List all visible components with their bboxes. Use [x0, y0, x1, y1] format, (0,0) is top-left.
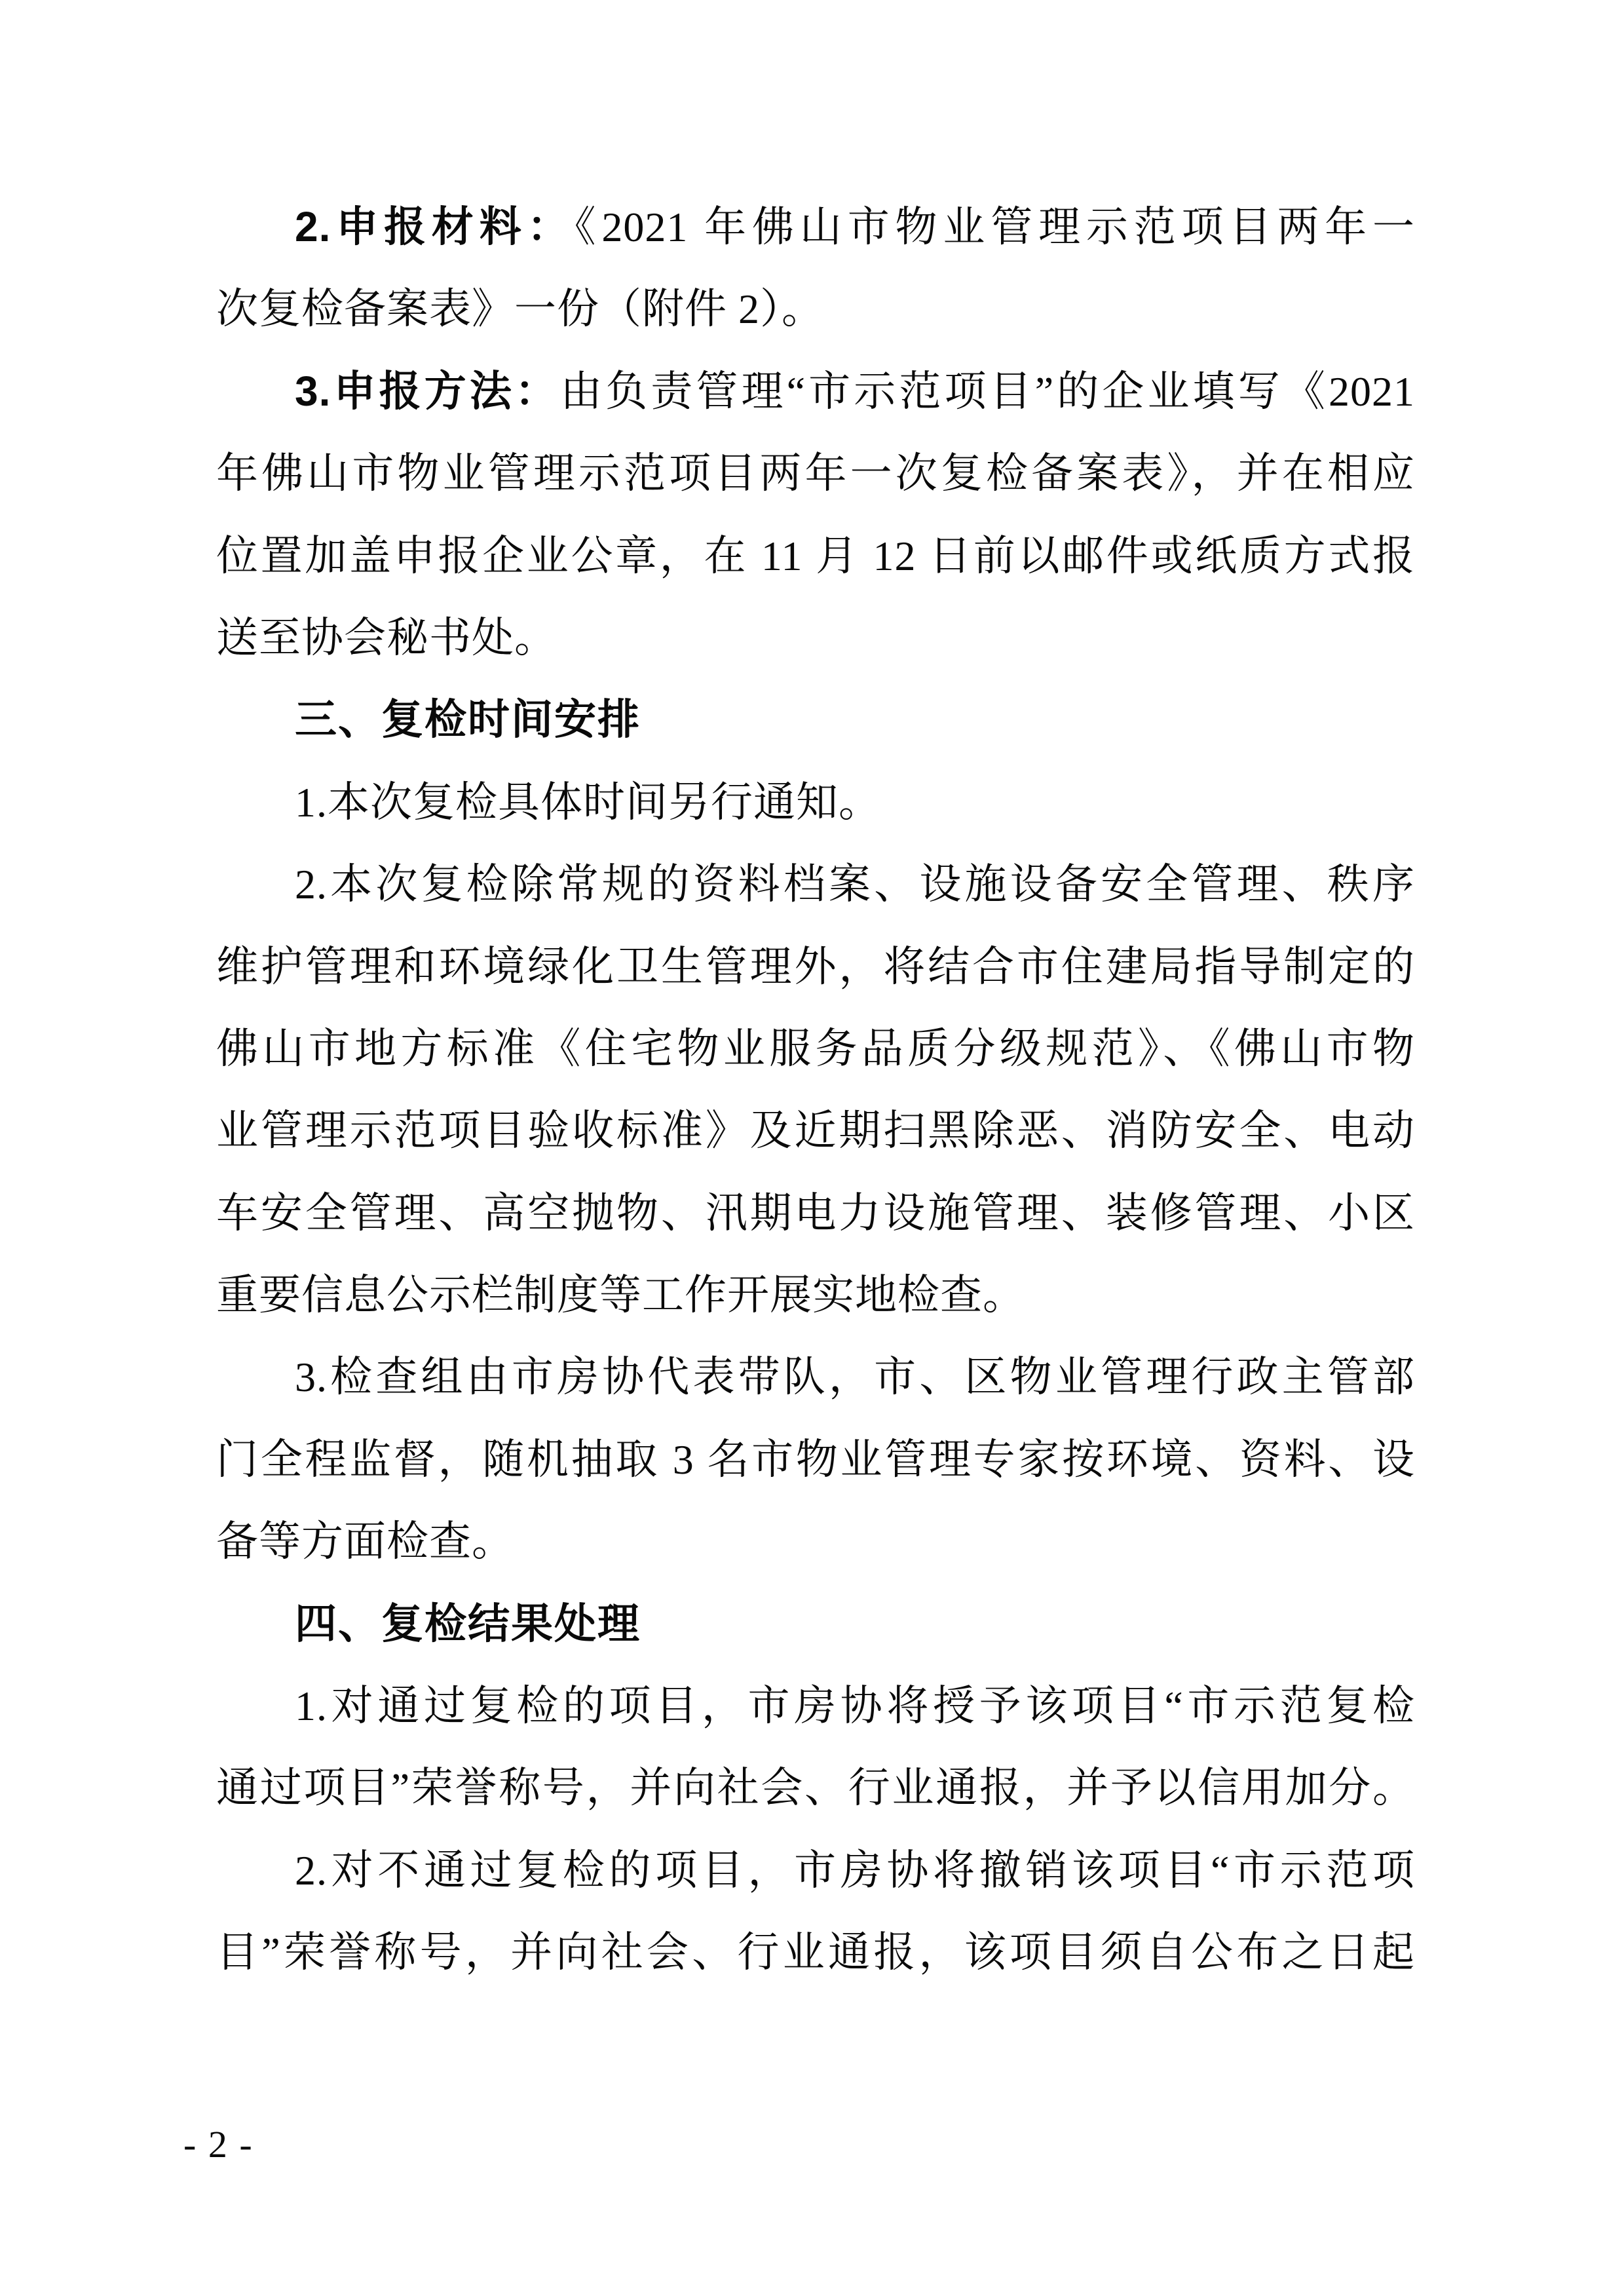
heading-text: 四、复检结果处理 [295, 1600, 641, 1647]
paragraph-lead-label: 2.申报材料： [295, 203, 575, 250]
line-text: 2.对不通过复检的项目，市房协将撤销该项目“市示范项 [295, 1847, 1415, 1894]
section-heading: 四、复检结果处理 [216, 1583, 1415, 1665]
text-line: 3.检查组由市房协代表带队，市、区物业管理行政主管部 [216, 1336, 1415, 1418]
line-text: 位置加盖申报企业公章，在 11 月 12 日前以邮件或纸质方式报 [216, 533, 1415, 579]
text-line: 2.申报材料：《2021 年佛山市物业管理示范项目两年一 [216, 186, 1415, 268]
text-line: 2.对不通过复检的项目，市房协将撤销该项目“市示范项 [216, 1829, 1415, 1911]
line-text: 备等方面检查。 [216, 1518, 514, 1565]
text-line: 1.对通过复检的项目，市房协将授予该项目“市示范复检 [216, 1665, 1415, 1747]
line-text: 佛山市地方标准《住宅物业服务品质分级规范》、《佛山市物 [216, 1025, 1415, 1072]
text-line: 备等方面检查。 [216, 1501, 1415, 1582]
page-number: - 2 - [183, 2122, 254, 2168]
text-line: 位置加盖申报企业公章，在 11 月 12 日前以邮件或纸质方式报 [216, 515, 1415, 597]
paragraph-lead-label: 3.申报方法： [295, 368, 560, 415]
line-text: 通过项目”荣誉称号，并向社会、行业通报，并予以信用加分。 [216, 1765, 1415, 1811]
heading-text: 三、复检时间安排 [295, 696, 641, 743]
line-text: 业管理示范项目验收标准》及近期扫黑除恶、消防安全、电动 [216, 1107, 1415, 1154]
line-text: 1.本次复检具体时间另行通知。 [295, 779, 881, 826]
text-line: 维护管理和环境绿化卫生管理外，将结合市住建局指导制定的 [216, 926, 1415, 1008]
line-text: 1.对通过复检的项目，市房协将授予该项目“市示范复检 [295, 1683, 1415, 1729]
text-line: 门全程监督，随机抽取 3 名市物业管理专家按环境、资料、设 [216, 1419, 1415, 1501]
line-text: 车安全管理、高空抛物、汛期电力设施管理、装修管理、小区 [216, 1190, 1415, 1236]
text-line: 年佛山市物业管理示范项目两年一次复检备案表》，并在相应 [216, 432, 1415, 514]
text-line: 车安全管理、高空抛物、汛期电力设施管理、装修管理、小区 [216, 1172, 1415, 1254]
text-line: 业管理示范项目验收标准》及近期扫黑除恶、消防安全、电动 [216, 1090, 1415, 1172]
line-text: 由负责管理“市示范项目”的企业填写《2021 [560, 368, 1415, 415]
text-line: 1.本次复检具体时间另行通知。 [216, 761, 1415, 843]
text-line: 2.本次复检除常规的资料档案、设施设备安全管理、秩序 [216, 843, 1415, 925]
line-text: 重要信息公示栏制度等工作开展实地检查。 [216, 1272, 1025, 1318]
line-text: 次复检备案表》一份（附件 2）。 [216, 286, 824, 332]
text-line: 次复检备案表》一份（附件 2）。 [216, 268, 1415, 350]
line-text: 门全程监督，随机抽取 3 名市物业管理专家按环境、资料、设 [216, 1436, 1415, 1483]
text-line: 目”荣誉称号，并向社会、行业通报，该项目须自公布之日起 [216, 1911, 1415, 1993]
line-text: 2.本次复检除常规的资料档案、设施设备安全管理、秩序 [295, 861, 1415, 908]
text-line: 送至协会秘书处。 [216, 597, 1415, 679]
text-line: 重要信息公示栏制度等工作开展实地检查。 [216, 1254, 1415, 1336]
line-text: 年佛山市物业管理示范项目两年一次复检备案表》，并在相应 [216, 450, 1415, 497]
text-line: 佛山市地方标准《住宅物业服务品质分级规范》、《佛山市物 [216, 1008, 1415, 1090]
text-line: 3.申报方法：由负责管理“市示范项目”的企业填写《2021 [216, 351, 1415, 432]
section-heading: 三、复检时间安排 [216, 679, 1415, 761]
line-text: 目”荣誉称号，并向社会、行业通报，该项目须自公布之日起 [216, 1929, 1415, 1976]
document-body: 2.申报材料：《2021 年佛山市物业管理示范项目两年一 次复检备案表》一份（附… [216, 186, 1415, 1994]
line-text: 维护管理和环境绿化卫生管理外，将结合市住建局指导制定的 [216, 944, 1415, 990]
line-text: 3.检查组由市房协代表带队，市、区物业管理行政主管部 [295, 1354, 1415, 1400]
line-text: 《2021 年佛山市物业管理示范项目两年一 [575, 204, 1415, 250]
text-line: 通过项目”荣誉称号，并向社会、行业通报，并予以信用加分。 [216, 1747, 1415, 1829]
line-text: 送至协会秘书处。 [216, 615, 557, 661]
document-page: 2.申报材料：《2021 年佛山市物业管理示范项目两年一 次复检备案表》一份（附… [0, 0, 1624, 2296]
